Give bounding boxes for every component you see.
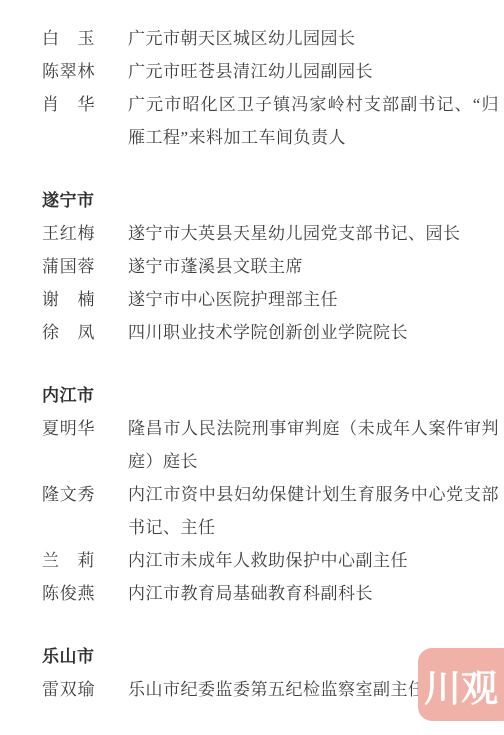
- name-char: 雷: [42, 673, 60, 706]
- name-char: 肖: [42, 88, 60, 121]
- city-header: 内江市: [42, 379, 500, 412]
- person-position: 遂宁市蓬溪县文联主席: [128, 250, 499, 283]
- name-char: 陈: [42, 55, 60, 88]
- name-char: 翠: [60, 55, 78, 88]
- name-char: 莉: [78, 544, 96, 577]
- name-char: 王: [42, 217, 60, 250]
- person-entry: 陈俊燕内江市教育局基础教育科副科长: [42, 577, 500, 610]
- name-char: 俊: [60, 577, 78, 610]
- name-char: 谢: [42, 283, 60, 316]
- name-char: 夏: [42, 412, 60, 445]
- person-entry: 陈翠林广元市旺苍县清江幼儿园副园长: [42, 55, 500, 88]
- person-position: 遂宁市大英县天星幼儿园党支部书记、园长: [128, 217, 499, 250]
- person-position: 广元市昭化区卫子镇冯家岭村支部副书记、“归雁工程”来料加工车间负责人: [128, 88, 499, 154]
- person-name: 蒲国蓉: [42, 250, 95, 283]
- name-char: 白: [42, 22, 60, 55]
- person-entry: 兰莉内江市未成年人救助保护中心副主任: [42, 544, 500, 577]
- name-char: 兰: [42, 544, 60, 577]
- person-position: 内江市资中县妇幼保健计划生育服务中心党支部书记、主任: [128, 478, 499, 544]
- person-entry: 谢楠遂宁市中心医院护理部主任: [42, 283, 500, 316]
- person-name: 兰莉: [42, 544, 95, 577]
- person-name: 谢楠: [42, 283, 95, 316]
- person-position: 内江市教育局基础教育科副科长: [128, 577, 499, 610]
- name-char: 陈: [42, 577, 60, 610]
- watermark-text: 川观: [424, 658, 498, 712]
- name-char: 文: [60, 478, 78, 511]
- person-name: 徐凤: [42, 316, 95, 349]
- name-char: 隆: [42, 478, 60, 511]
- person-entry: 隆文秀内江市资中县妇幼保健计划生育服务中心党支部书记、主任: [42, 478, 500, 544]
- person-name: 王红梅: [42, 217, 95, 250]
- person-name: 肖华: [42, 88, 95, 121]
- name-char: 瑜: [78, 673, 96, 706]
- person-position: 广元市朝天区城区幼儿园园长: [128, 22, 499, 55]
- person-name: 陈翠林: [42, 55, 95, 88]
- person-position: 广元市旺苍县清江幼儿园副园长: [128, 55, 499, 88]
- person-position: 遂宁市中心医院护理部主任: [128, 283, 499, 316]
- person-position: 隆昌市人民法院刑事审判庭（未成年人案件审判庭）庭长: [128, 412, 499, 478]
- person-entry: 王红梅遂宁市大英县天星幼儿园党支部书记、园长: [42, 217, 500, 250]
- name-char: 林: [78, 55, 96, 88]
- person-name: 夏明华: [42, 412, 95, 445]
- person-name: 隆文秀: [42, 478, 95, 511]
- person-name: 陈俊燕: [42, 577, 95, 610]
- name-char: 红: [60, 217, 78, 250]
- person-entry: 白玉广元市朝天区城区幼儿园园长: [42, 22, 500, 55]
- name-char: 凤: [78, 316, 96, 349]
- document-page: 白玉广元市朝天区城区幼儿园园长陈翠林广元市旺苍县清江幼儿园副园长肖华广元市昭化区…: [0, 0, 504, 735]
- name-char: 秀: [78, 478, 96, 511]
- person-entry: 蒲国蓉遂宁市蓬溪县文联主席: [42, 250, 500, 283]
- name-char: 蒲: [42, 250, 60, 283]
- name-char: 玉: [78, 22, 96, 55]
- person-position: 内江市未成年人救助保护中心副主任: [128, 544, 499, 577]
- name-char: 华: [78, 412, 96, 445]
- name-char: 国: [60, 250, 78, 283]
- name-char: 明: [60, 412, 78, 445]
- chuanguan-watermark-badge: 川观: [418, 648, 504, 721]
- person-position: 四川职业技术学院创新创业学院院长: [128, 316, 499, 349]
- name-char: 梅: [78, 217, 96, 250]
- person-name: 雷双瑜: [42, 673, 95, 706]
- honor-roll-list: 白玉广元市朝天区城区幼儿园园长陈翠林广元市旺苍县清江幼儿园副园长肖华广元市昭化区…: [42, 22, 500, 706]
- person-name: 白玉: [42, 22, 95, 55]
- name-char: 华: [78, 88, 96, 121]
- city-section: 白玉广元市朝天区城区幼儿园园长陈翠林广元市旺苍县清江幼儿园副园长肖华广元市昭化区…: [42, 22, 500, 154]
- city-section: 内江市夏明华隆昌市人民法院刑事审判庭（未成年人案件审判庭）庭长隆文秀内江市资中县…: [42, 379, 500, 610]
- name-char: 双: [60, 673, 78, 706]
- person-entry: 徐凤四川职业技术学院创新创业学院院长: [42, 316, 500, 349]
- name-char: 燕: [78, 577, 96, 610]
- city-header: 遂宁市: [42, 184, 500, 217]
- name-char: 楠: [78, 283, 96, 316]
- name-char: 蓉: [78, 250, 96, 283]
- person-entry: 夏明华隆昌市人民法院刑事审判庭（未成年人案件审判庭）庭长: [42, 412, 500, 478]
- person-entry: 肖华广元市昭化区卫子镇冯家岭村支部副书记、“归雁工程”来料加工车间负责人: [42, 88, 500, 154]
- name-char: 徐: [42, 316, 60, 349]
- city-section: 遂宁市王红梅遂宁市大英县天星幼儿园党支部书记、园长蒲国蓉遂宁市蓬溪县文联主席谢楠…: [42, 184, 500, 349]
